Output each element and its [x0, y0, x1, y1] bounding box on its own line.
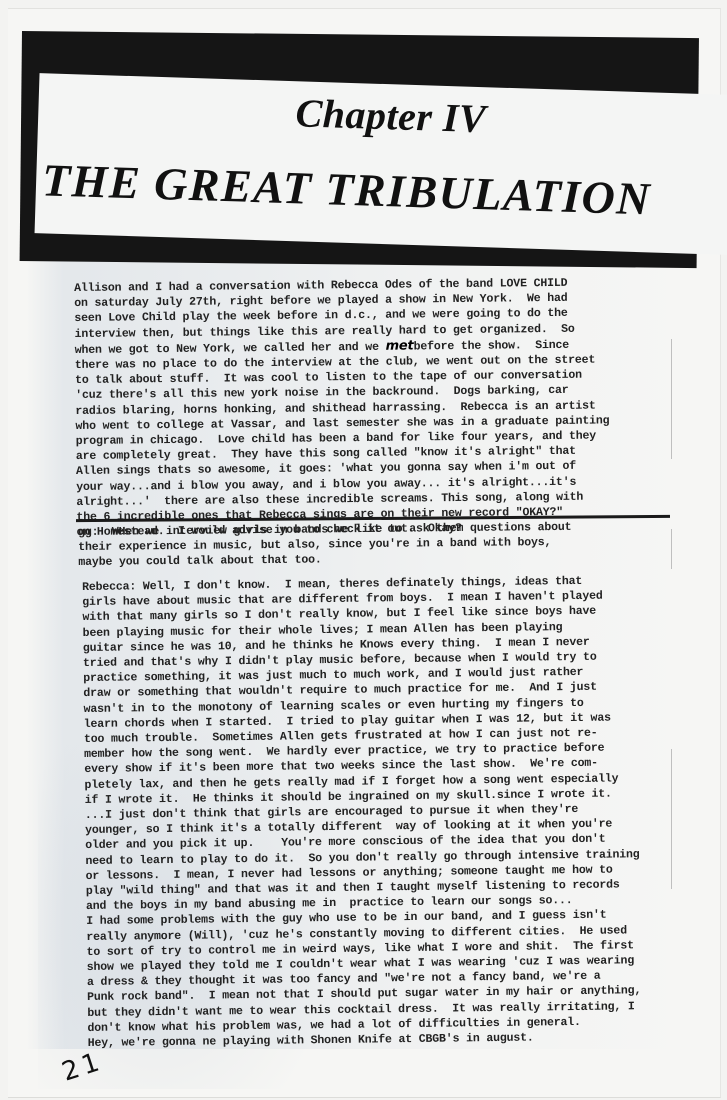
chapter-banner: Chapter IV THE GREAT TRIBULATION — [20, 31, 699, 268]
chapter-banner-panel: Chapter IV THE GREAT TRIBULATION — [35, 73, 727, 255]
page-title: THE GREAT TRIBULATION — [41, 153, 727, 228]
interview-question: gg: WHen we interview girls in bands we … — [78, 519, 678, 571]
handwritten-insert: met — [385, 338, 413, 353]
text-fragment: before the show. Since — [413, 339, 569, 354]
interview-answer: Rebecca: Well, I don't know. I mean, the… — [82, 573, 688, 1052]
intro-paragraph: Allison and I had a conversation with Re… — [74, 275, 677, 541]
chapter-heading: Chapter IV — [38, 81, 727, 150]
